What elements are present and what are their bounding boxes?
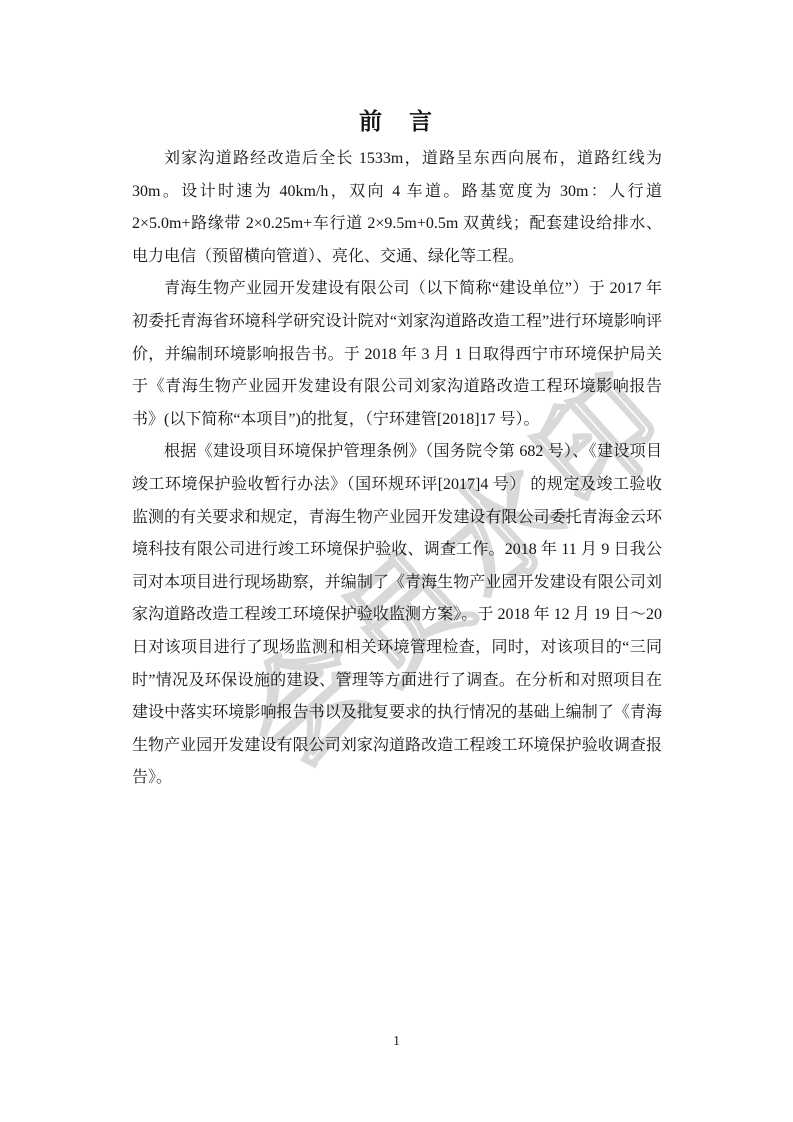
paragraph-road-description: 刘家沟道路经改造后全长 1533m，道路呈东西向展布，道路红线为 30m。设计时…	[132, 143, 662, 273]
paragraph-eia-approval: 青海生物产业园开发建设有限公司（以下简称“建设单位”）于 2017 年初委托青海…	[132, 273, 662, 436]
document-page: 会员水印 前 言 刘家沟道路经改造后全长 1533m，道路呈东西向展布，道路红线…	[0, 0, 793, 1122]
page-title: 前 言	[0, 103, 793, 136]
paragraph-acceptance-investigation: 根据《建设项目环境保护管理条例》（国务院令第 682 号）、《建设项目竣工环境保…	[132, 436, 662, 795]
document-body: 刘家沟道路经改造后全长 1533m，道路呈东西向展布，道路红线为 30m。设计时…	[132, 143, 662, 795]
page-number: 1	[0, 1034, 793, 1050]
